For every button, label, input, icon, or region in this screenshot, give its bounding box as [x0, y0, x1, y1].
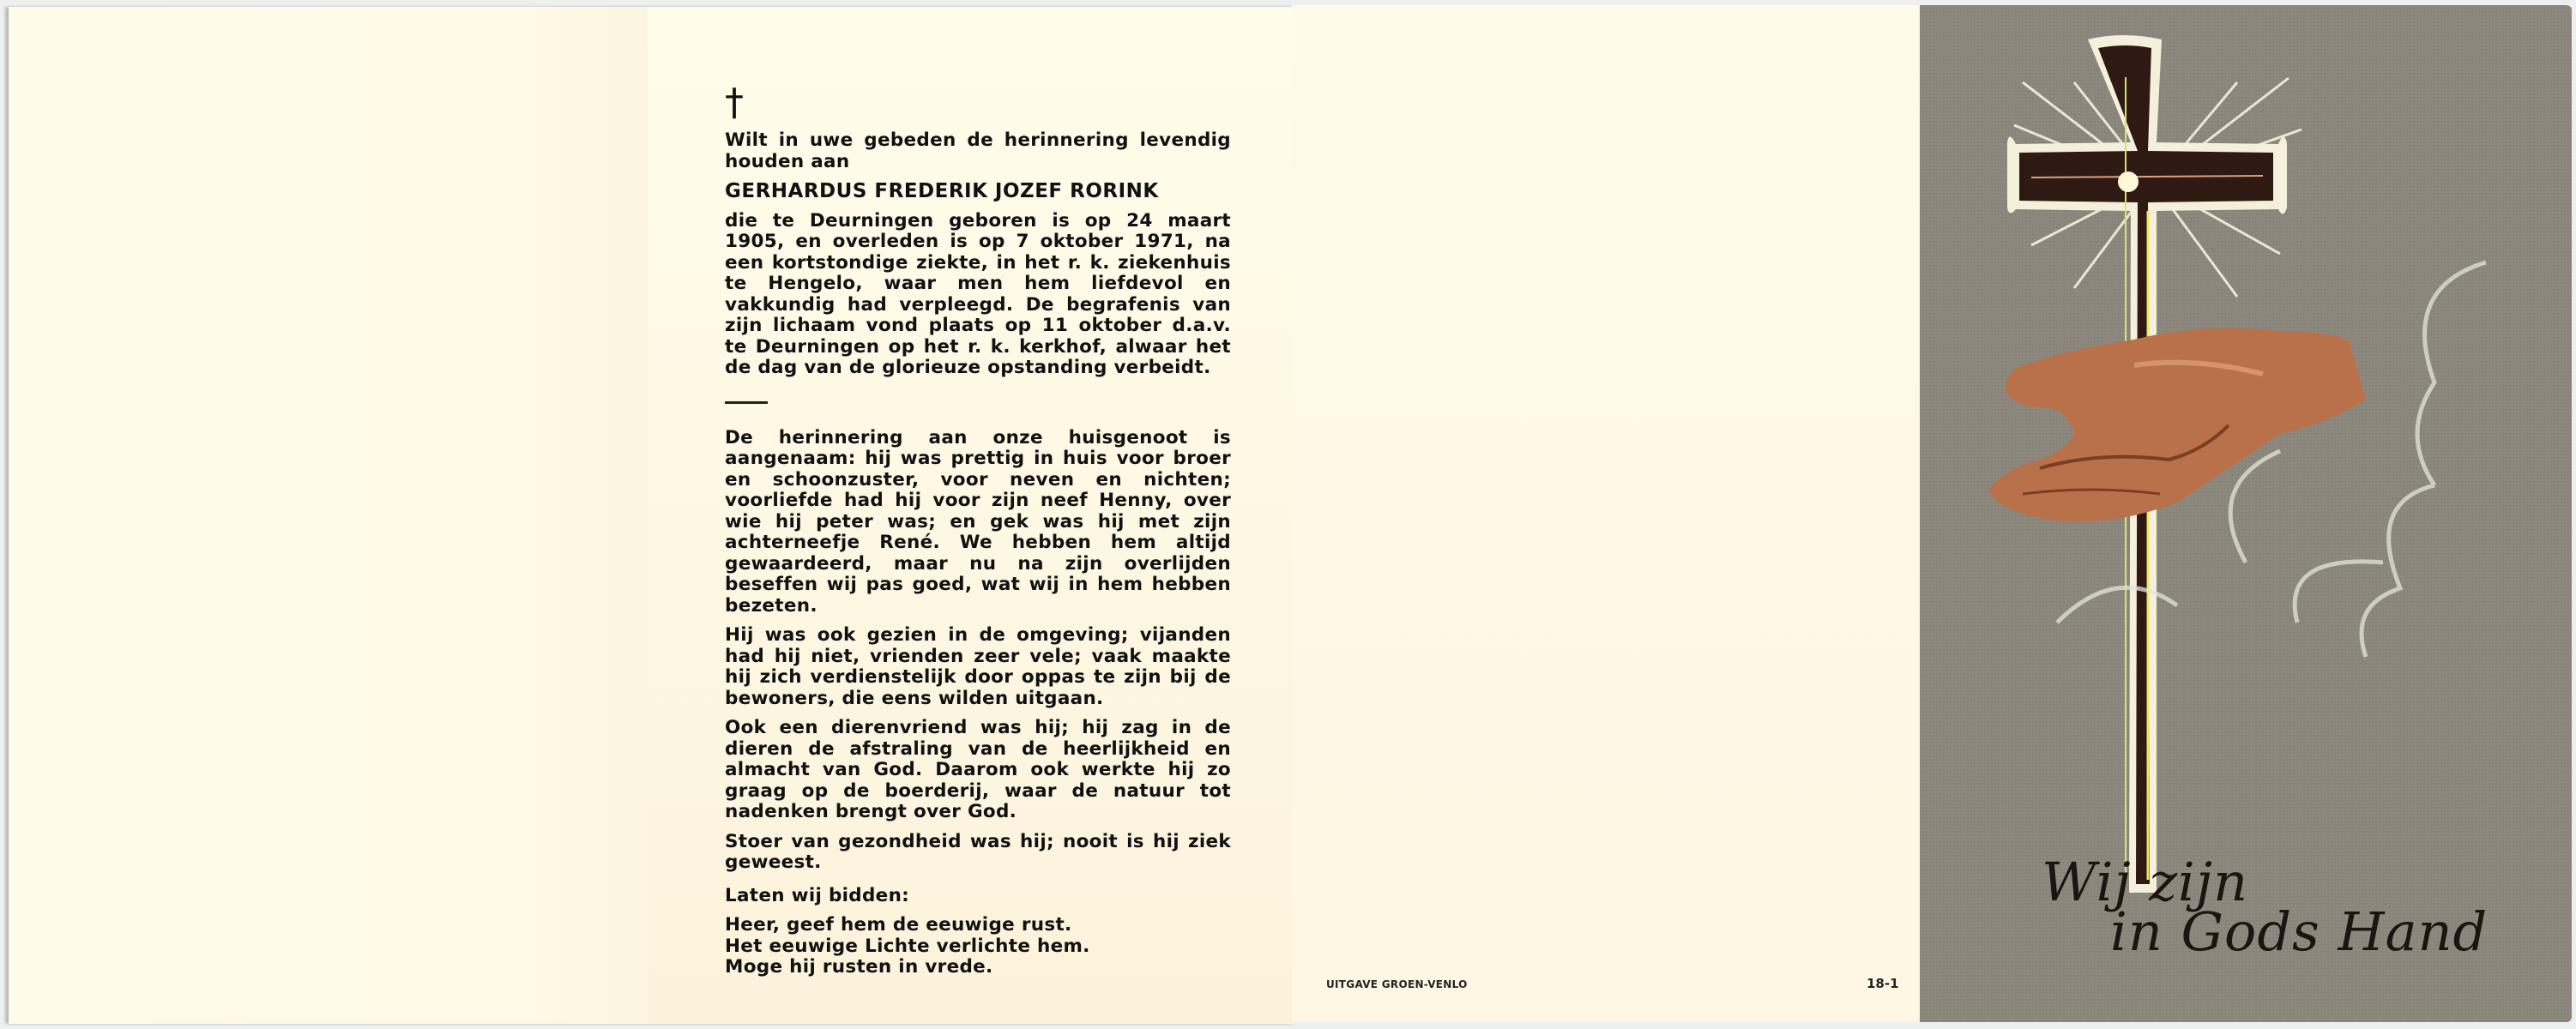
biography-paragraph: Hij was ook gezien in de omgeving; vijan…: [725, 625, 1231, 709]
prayer-line: Het eeuwige Lichte verlichte hem.: [725, 936, 1231, 958]
biography-paragraph: Stoer van gezondheid was hij; nooit is h…: [725, 832, 1231, 874]
cover-motto: Wij zijn in Gods Hand: [2042, 857, 2488, 957]
memorial-text: † Wilt in uwe gebeden de herinnering lev…: [725, 84, 1231, 987]
motto-line-2: in Gods Hand: [2042, 907, 2488, 957]
prayer-line: Moge hij rusten in vrede.: [725, 957, 1231, 978]
publisher-imprint: UITGAVE GROEN-VENLO: [1326, 978, 1468, 990]
prayer-line: Heer, geef hem de eeuwige rust.: [725, 915, 1231, 936]
prayer-intro: Laten wij bidden:: [725, 886, 1231, 907]
prayer: Heer, geef hem de eeuwige rust. Het eeuw…: [725, 915, 1231, 978]
back-panel: [1292, 5, 1922, 1022]
deceased-name: GERHARDUS FREDERIK JOZEF RORINK: [725, 181, 1231, 202]
blank-left-panel: [9, 7, 648, 1024]
cross-icon: †: [725, 84, 1231, 122]
intro-text: Wilt in uwe gebeden de herinnering leven…: [725, 130, 1231, 172]
biography-paragraph: Ook een dierenvriend was hij; hij zag in…: [725, 718, 1231, 823]
biography-paragraph: De herinnering aan onze huisgenoot is aa…: [725, 428, 1231, 617]
life-details: die te Deurningen geboren is op 24 maart…: [725, 211, 1231, 379]
divider: [725, 401, 768, 404]
card-code: 18-1: [1867, 976, 1899, 991]
